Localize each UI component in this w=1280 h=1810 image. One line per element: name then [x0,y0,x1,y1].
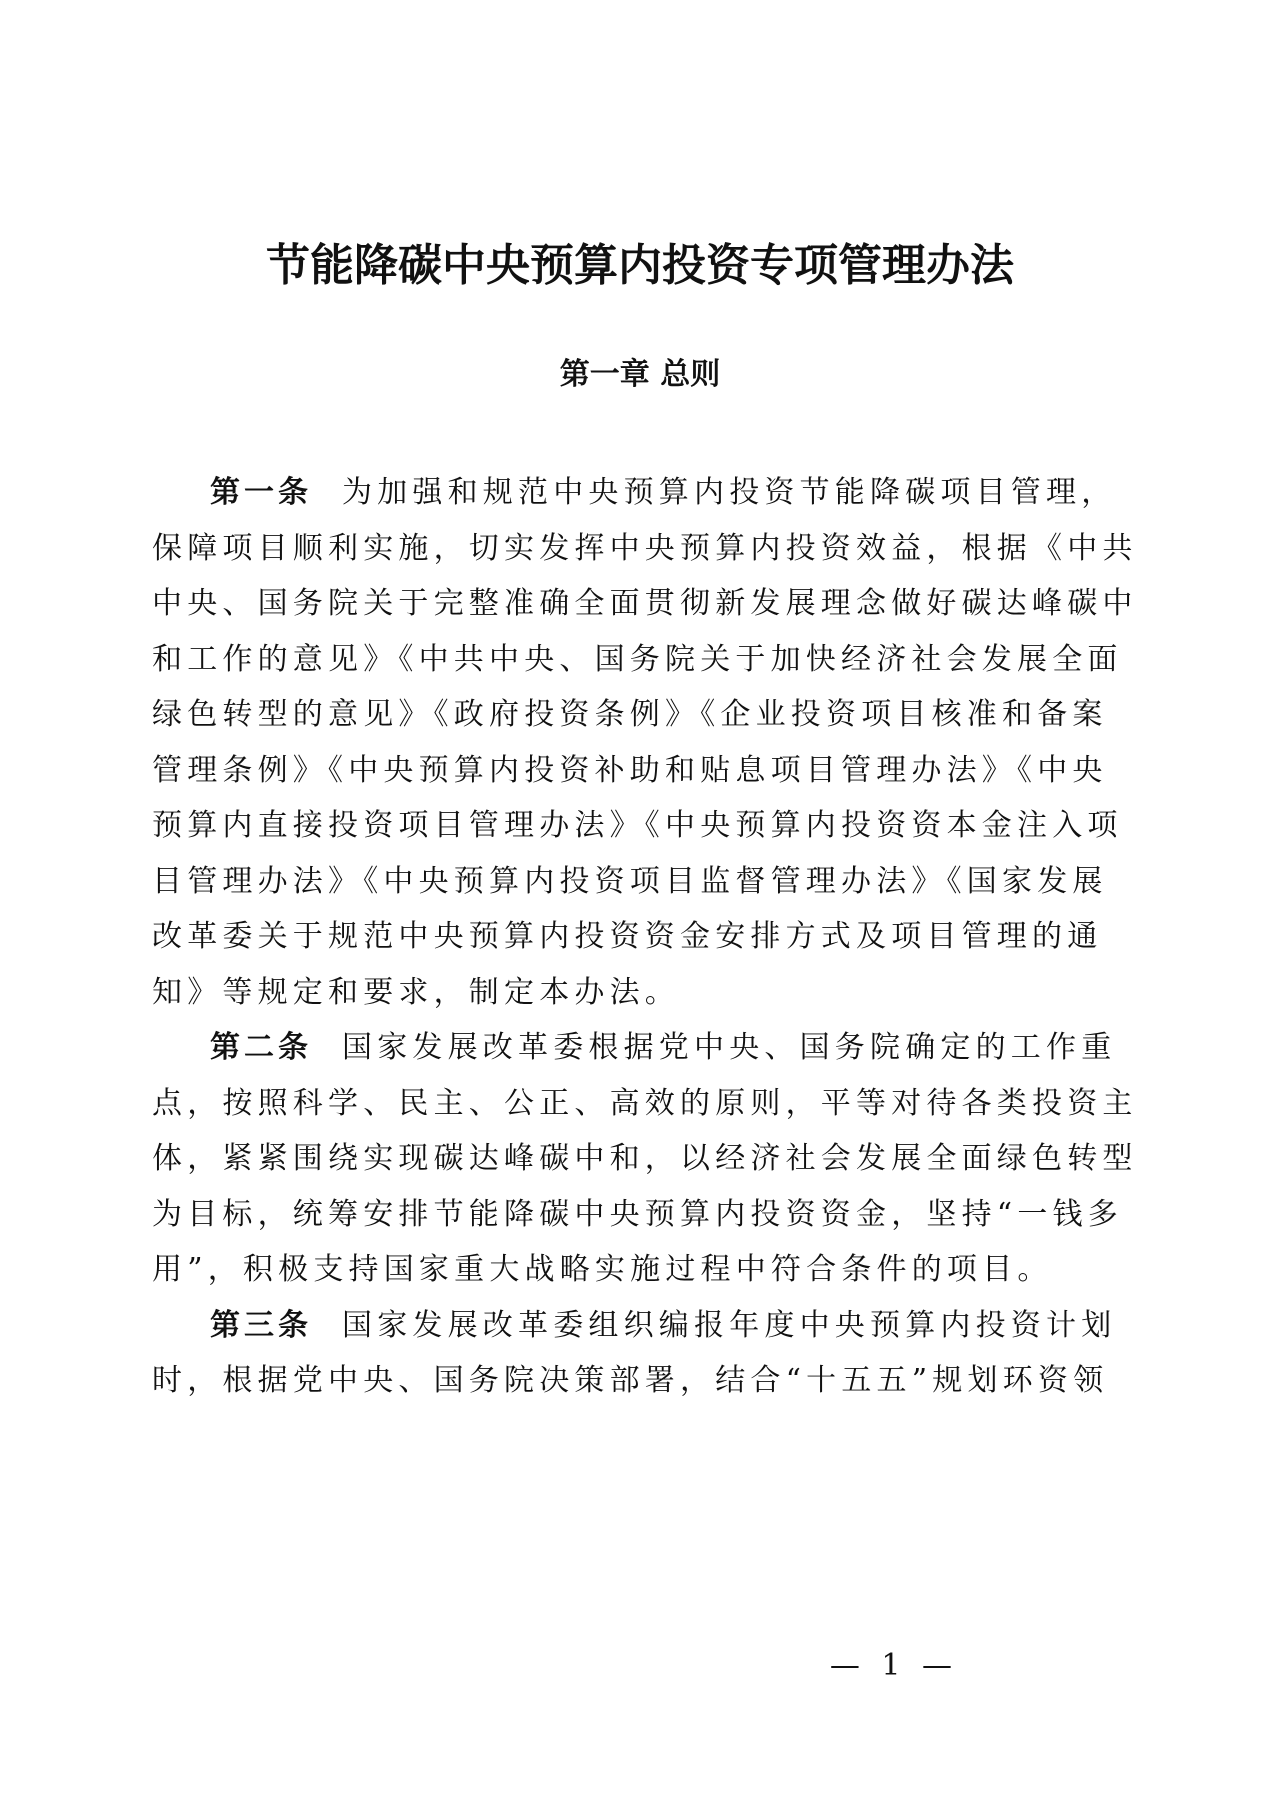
document-page: 节能降碳中央预算内投资专项管理办法 第一章 总则 第一条为加强和规范中央预算内投… [0,0,1280,1810]
article-number: 第三条 [210,1308,312,1343]
article-2-line-1: 第二条国家发展改革委根据党中央、国务院确定的工作重 [152,1020,962,1076]
article-number: 第一条 [210,475,312,510]
article-1-line-3: 中央、国务院关于完整准确全面贯彻新发展理念做好碳达峰碳中 [152,576,962,632]
chapter-heading: 第一章 总则 [0,355,1280,395]
document-title: 节能降碳中央预算内投资专项管理办法 [0,238,1280,294]
article-2-line-2: 点，按照科学、民主、公正、高效的原则，平等对待各类投资主 [152,1076,962,1132]
article-1-line-5: 绿色转型的意见》《政府投资条例》《企业投资项目核准和备案 [152,687,962,743]
article-2-line-3: 体，紧紧围绕实现碳达峰碳中和，以经济社会发展全面绿色转型 [152,1131,962,1187]
article-number: 第二条 [210,1030,312,1065]
document-body: 第一条为加强和规范中央预算内投资节能降碳项目管理， 保障项目顺利实施，切实发挥中… [152,465,962,1409]
article-1-line-4: 和工作的意见》《中共中央、国务院关于加快经济社会发展全面 [152,632,962,688]
article-2-line-5: 用”，积极支持国家重大战略实施过程中符合条件的项目。 [152,1242,962,1298]
article-3-line-1: 第三条国家发展改革委组织编报年度中央预算内投资计划 [152,1298,962,1354]
article-3-line-2: 时，根据党中央、国务院决策部署，结合“十五五”规划环资领 [152,1353,962,1409]
article-1-line-8: 目管理办法》《中央预算内投资项目监督管理办法》《国家发展 [152,854,962,910]
article-1-line-1: 第一条为加强和规范中央预算内投资节能降碳项目管理， [152,465,962,521]
article-1-line-10: 知》等规定和要求，制定本办法。 [152,965,962,1021]
article-1-line-2: 保障项目顺利实施，切实发挥中央预算内投资效益，根据《中共 [152,521,962,577]
article-text: 国家发展改革委组织编报年度中央预算内投资计划 [342,1308,1116,1343]
article-1-line-9: 改革委关于规范中央预算内投资资金安排方式及项目管理的通 [152,909,962,965]
article-1-line-6: 管理条例》《中央预算内投资补助和贴息项目管理办法》《中央 [152,743,962,799]
article-2-line-4: 为目标，统筹安排节能降碳中央预算内投资资金，坚持“一钱多 [152,1187,962,1243]
article-text: 国家发展改革委根据党中央、国务院确定的工作重 [342,1030,1116,1065]
page-number: — 1 — [830,1648,958,1683]
article-text: 为加强和规范中央预算内投资节能降碳项目管理， [342,475,1116,510]
article-1-line-7: 预算内直接投资项目管理办法》《中央预算内投资资本金注入项 [152,798,962,854]
